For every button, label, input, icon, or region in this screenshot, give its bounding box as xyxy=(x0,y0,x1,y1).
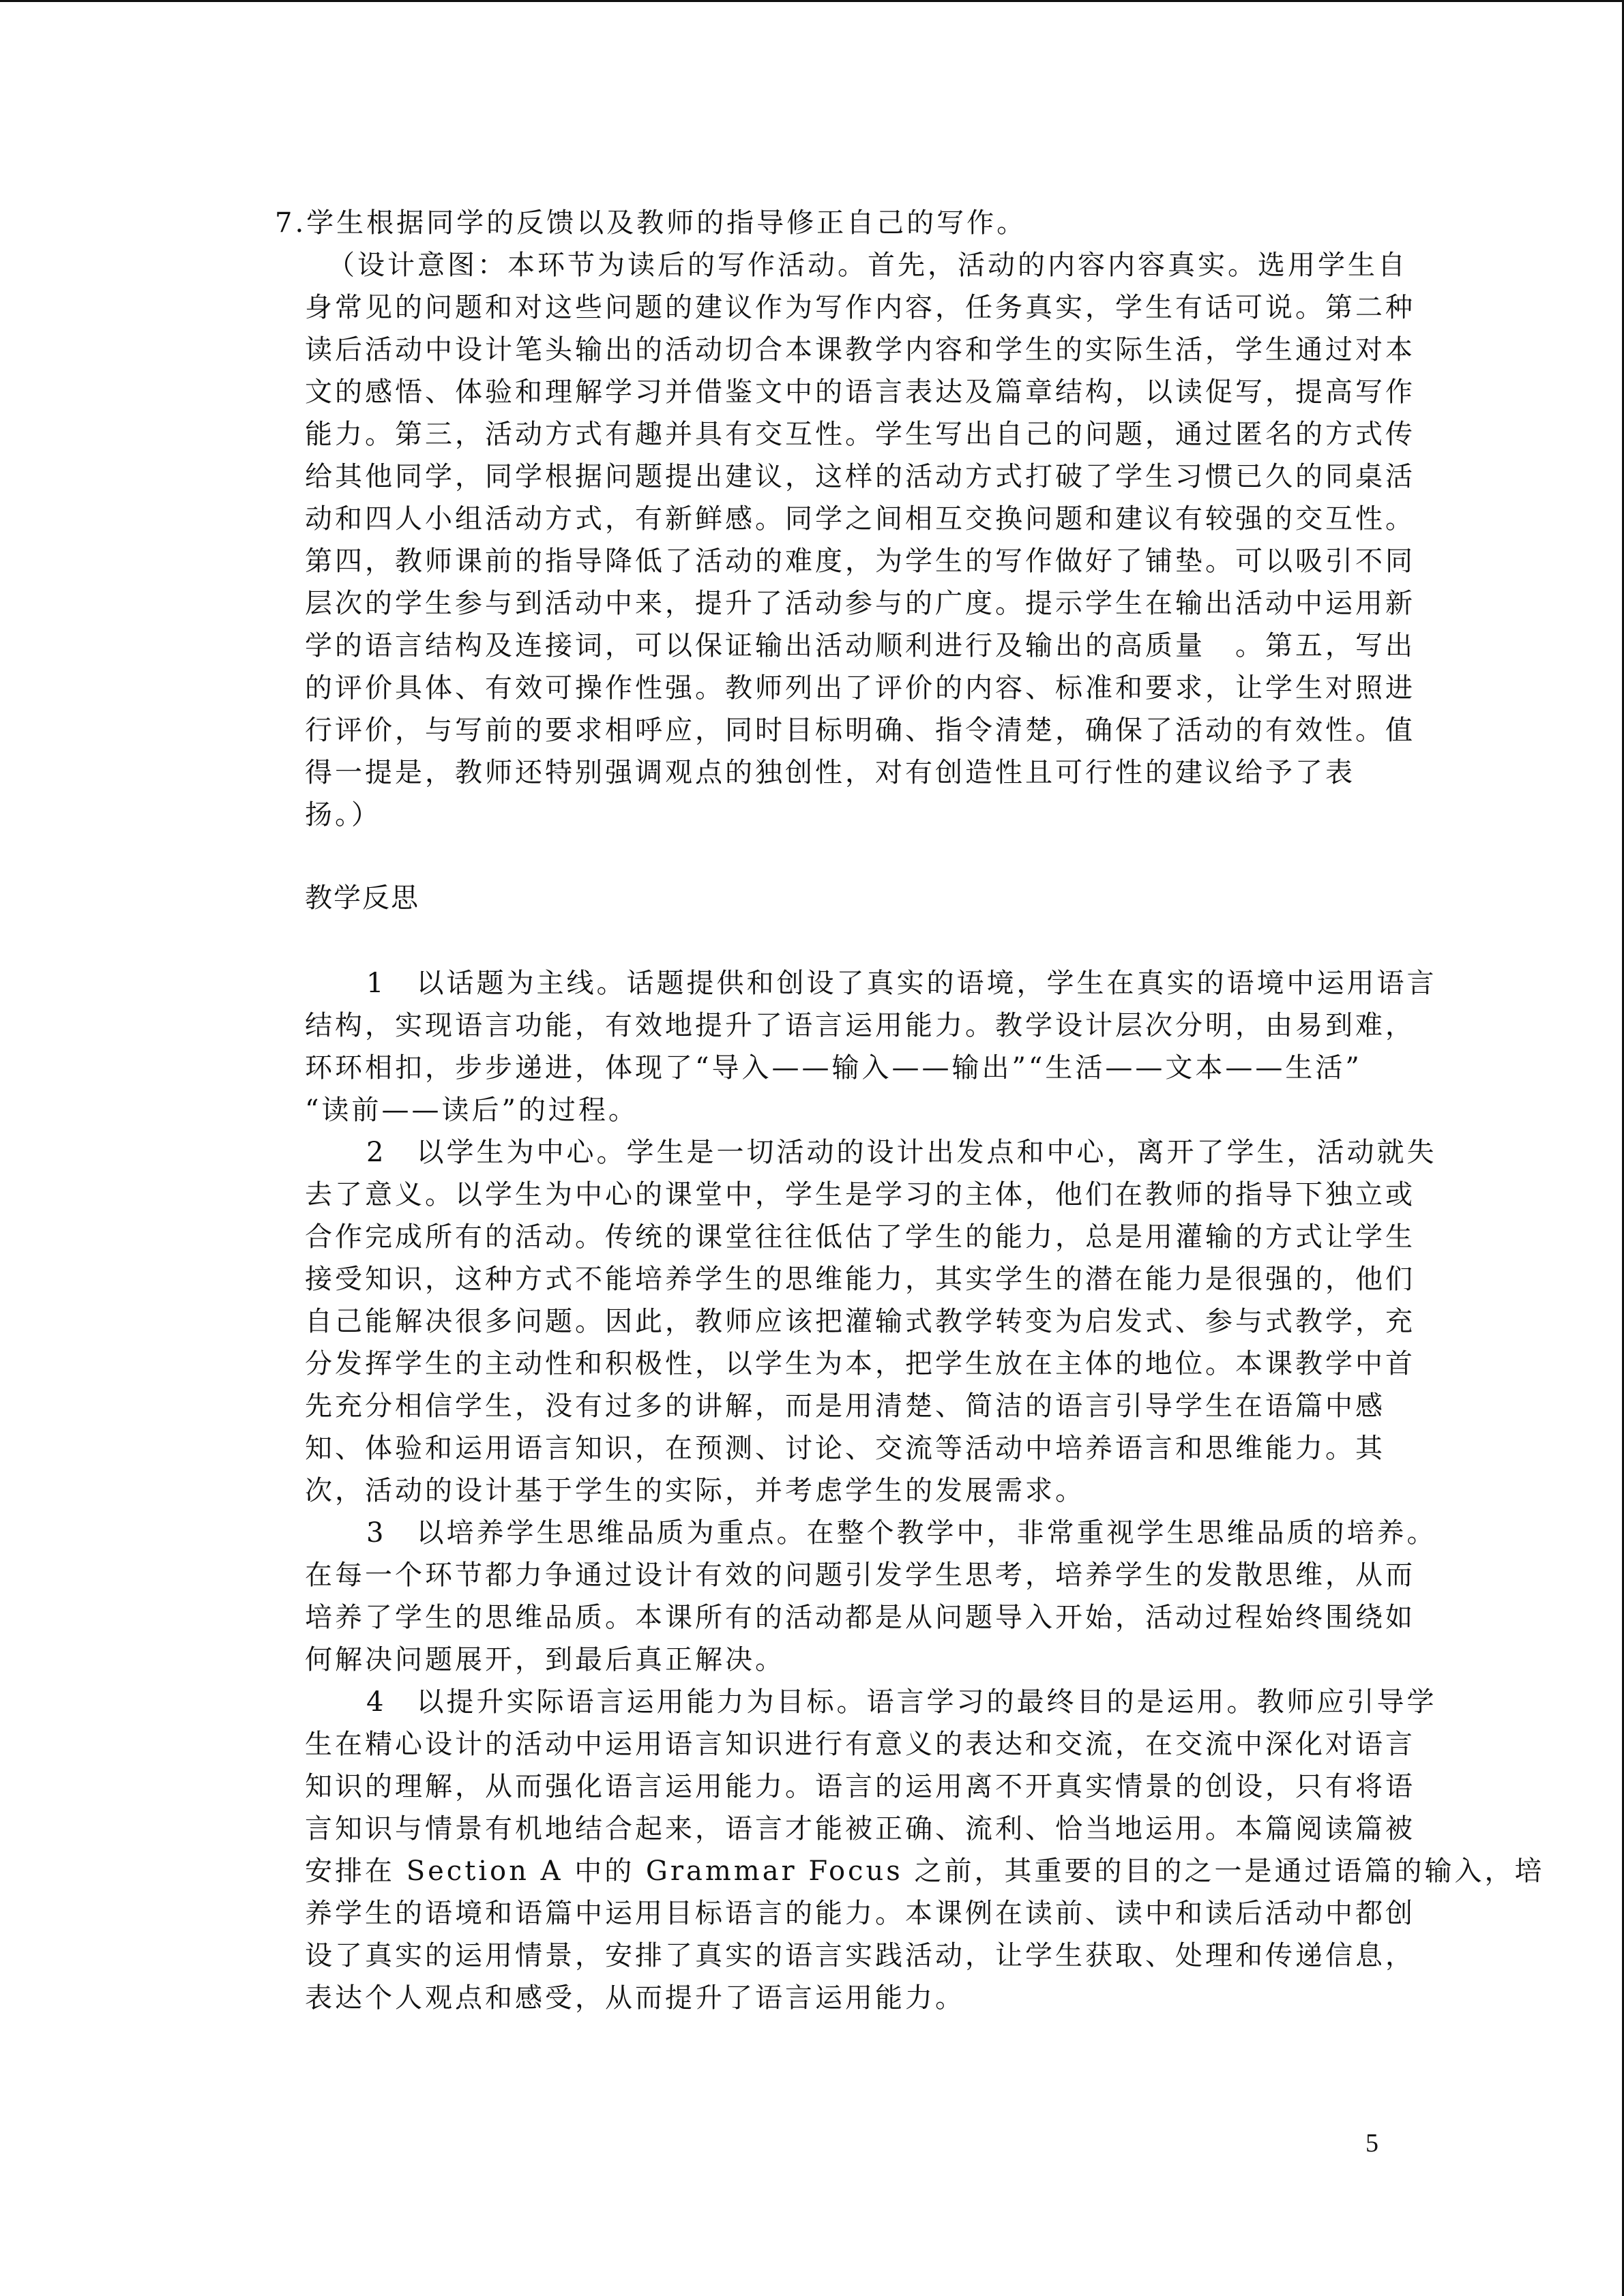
reflection-line: 养学生的语境和语篇中运用目标语言的能力。本课例在读前、读中和读后活动中都创 xyxy=(305,1894,1415,1933)
reflection-line: 1 以话题为主线。话题提供和创设了真实的语境，学生在真实的语境中运用语言 xyxy=(366,964,1436,1002)
reflection-line: 2 以学生为中心。学生是一切活动的设计出发点和中心，离开了学生，活动就失 xyxy=(366,1133,1436,1172)
reflection-line: 去了意义。以学生为中心的课堂中，学生是学习的主体，他们在教师的指导下独立或 xyxy=(305,1176,1415,1214)
reflection-line: 3 以培养学生思维品质为重点。在整个教学中，非常重视学生思维品质的培养。 xyxy=(366,1514,1436,1552)
design-intent-line: 能力。第三，活动方式有趣并具有交互性。学生写出自己的问题，通过匿名的方式传 xyxy=(305,415,1415,453)
reflection-line: 环环相扣，步步递进，体现了“导入——输入——输出”“生活——文本——生活” xyxy=(305,1049,1362,1087)
step-7-title: 7.学生根据同学的反馈以及教师的指导修正自己的写作。 xyxy=(275,204,1027,242)
design-intent-line: 学的语言结构及连接词，可以保证输出活动顺利进行及输出的高质量 。第五，写出 xyxy=(305,627,1415,665)
document-page: 7.学生根据同学的反馈以及教师的指导修正自己的写作。 （设计意图：本环节为读后的… xyxy=(0,0,1624,2296)
design-intent-line: 文的感悟、体验和理解学习并借鉴文中的语言表达及篇章结构，以读促写，提高写作 xyxy=(305,373,1415,411)
reflection-line: 安排在 Section A 中的 Grammar Focus 之前，其重要的目的… xyxy=(305,1852,1544,1890)
design-intent-line: 给其他同学，同学根据问题提出建议，这样的活动方式打破了学生习惯已久的同桌活 xyxy=(305,458,1415,496)
reflection-line: 接受知识，这种方式不能培养学生的思维能力，其实学生的潜在能力是很强的，他们 xyxy=(305,1260,1415,1298)
design-intent-line: 的评价具体、有效可操作性强。教师列出了评价的内容、标准和要求，让学生对照进 xyxy=(305,669,1415,707)
section-heading-teaching-reflection: 教学反思 xyxy=(305,879,419,917)
reflection-line: “读前——读后”的过程。 xyxy=(305,1091,638,1129)
reflection-line: 培养了学生的思维品质。本课所有的活动都是从问题导入开始，活动过程始终围绕如 xyxy=(305,1598,1415,1637)
design-intent-line: 第四，教师课前的指导降低了活动的难度，为学生的写作做好了铺垫。可以吸引不同 xyxy=(305,542,1415,580)
reflection-line: 在每一个环节都力争通过设计有效的问题引发学生思考，培养学生的发散思维，从而 xyxy=(305,1556,1415,1594)
design-intent-line: 行评价，与写前的要求相呼应，同时目标明确、指令清楚，确保了活动的有效性。值 xyxy=(305,711,1415,749)
reflection-line: 次，活动的设计基于学生的实际，并考虑学生的发展需求。 xyxy=(305,1472,1085,1510)
reflection-line: 生在精心设计的活动中运用语言知识进行有意义的表达和交流，在交流中深化对语言 xyxy=(305,1725,1415,1763)
design-intent-line: 动和四人小组活动方式，有新鲜感。同学之间相互交换问题和建议有较强的交互性。 xyxy=(305,500,1415,538)
reflection-line: 结构，实现语言功能，有效地提升了语言运用能力。教学设计层次分明，由易到难， xyxy=(305,1007,1415,1045)
reflection-line: 何解决问题展开，到最后真正解决。 xyxy=(305,1641,785,1679)
reflection-line: 知、体验和运用语言知识，在预测、讨论、交流等活动中培养语言和思维能力。其 xyxy=(305,1429,1385,1467)
reflection-line: 表达个人观点和感受，从而提升了语言运用能力。 xyxy=(305,1979,965,2017)
reflection-line: 知识的理解，从而强化语言运用能力。语言的运用离不开真实情景的创设，只有将语 xyxy=(305,1768,1415,1806)
reflection-line: 合作完成所有的活动。传统的课堂往往低估了学生的能力，总是用灌输的方式让学生 xyxy=(305,1218,1415,1256)
reflection-line: 先充分相信学生，没有过多的讲解，而是用清楚、简洁的语言引导学生在语篇中感 xyxy=(305,1387,1385,1425)
design-intent-line: 身常见的问题和对这些问题的建议作为写作内容，任务真实，学生有话可说。第二种 xyxy=(305,288,1415,327)
design-intent-line: （设计意图：本环节为读后的写作活动。首先，活动的内容内容真实。选用学生自 xyxy=(327,246,1408,284)
reflection-line: 言知识与情景有机地结合起来，语言才能被正确、流利、恰当地运用。本篇阅读篇被 xyxy=(305,1810,1415,1848)
design-intent-line: 层次的学生参与到活动中来，提升了活动参与的广度。提示学生在输出活动中运用新 xyxy=(305,584,1415,623)
design-intent-line: 扬。） xyxy=(305,796,381,834)
design-intent-line: 读后活动中设计笔头输出的活动切合本课教学内容和学生的实际生活，学生通过对本 xyxy=(305,331,1415,369)
reflection-line: 自己能解决很多问题。因此，教师应该把灌输式教学转变为启发式、参与式教学，充 xyxy=(305,1302,1415,1341)
reflection-line: 分发挥学生的主动性和积极性，以学生为本，把学生放在主体的地位。本课教学中首 xyxy=(305,1345,1415,1383)
reflection-line: 设了真实的运用情景，安排了真实的语言实践活动，让学生获取、处理和传递信息， xyxy=(305,1937,1415,1975)
design-intent-line: 得一提是，教师还特别强调观点的独创性，对有创造性且可行性的建议给予了表 xyxy=(305,754,1355,792)
reflection-line: 4 以提升实际语言运用能力为目标。语言学习的最终目的是运用。教师应引导学 xyxy=(366,1683,1436,1721)
page-number: 5 xyxy=(1365,2128,1378,2158)
